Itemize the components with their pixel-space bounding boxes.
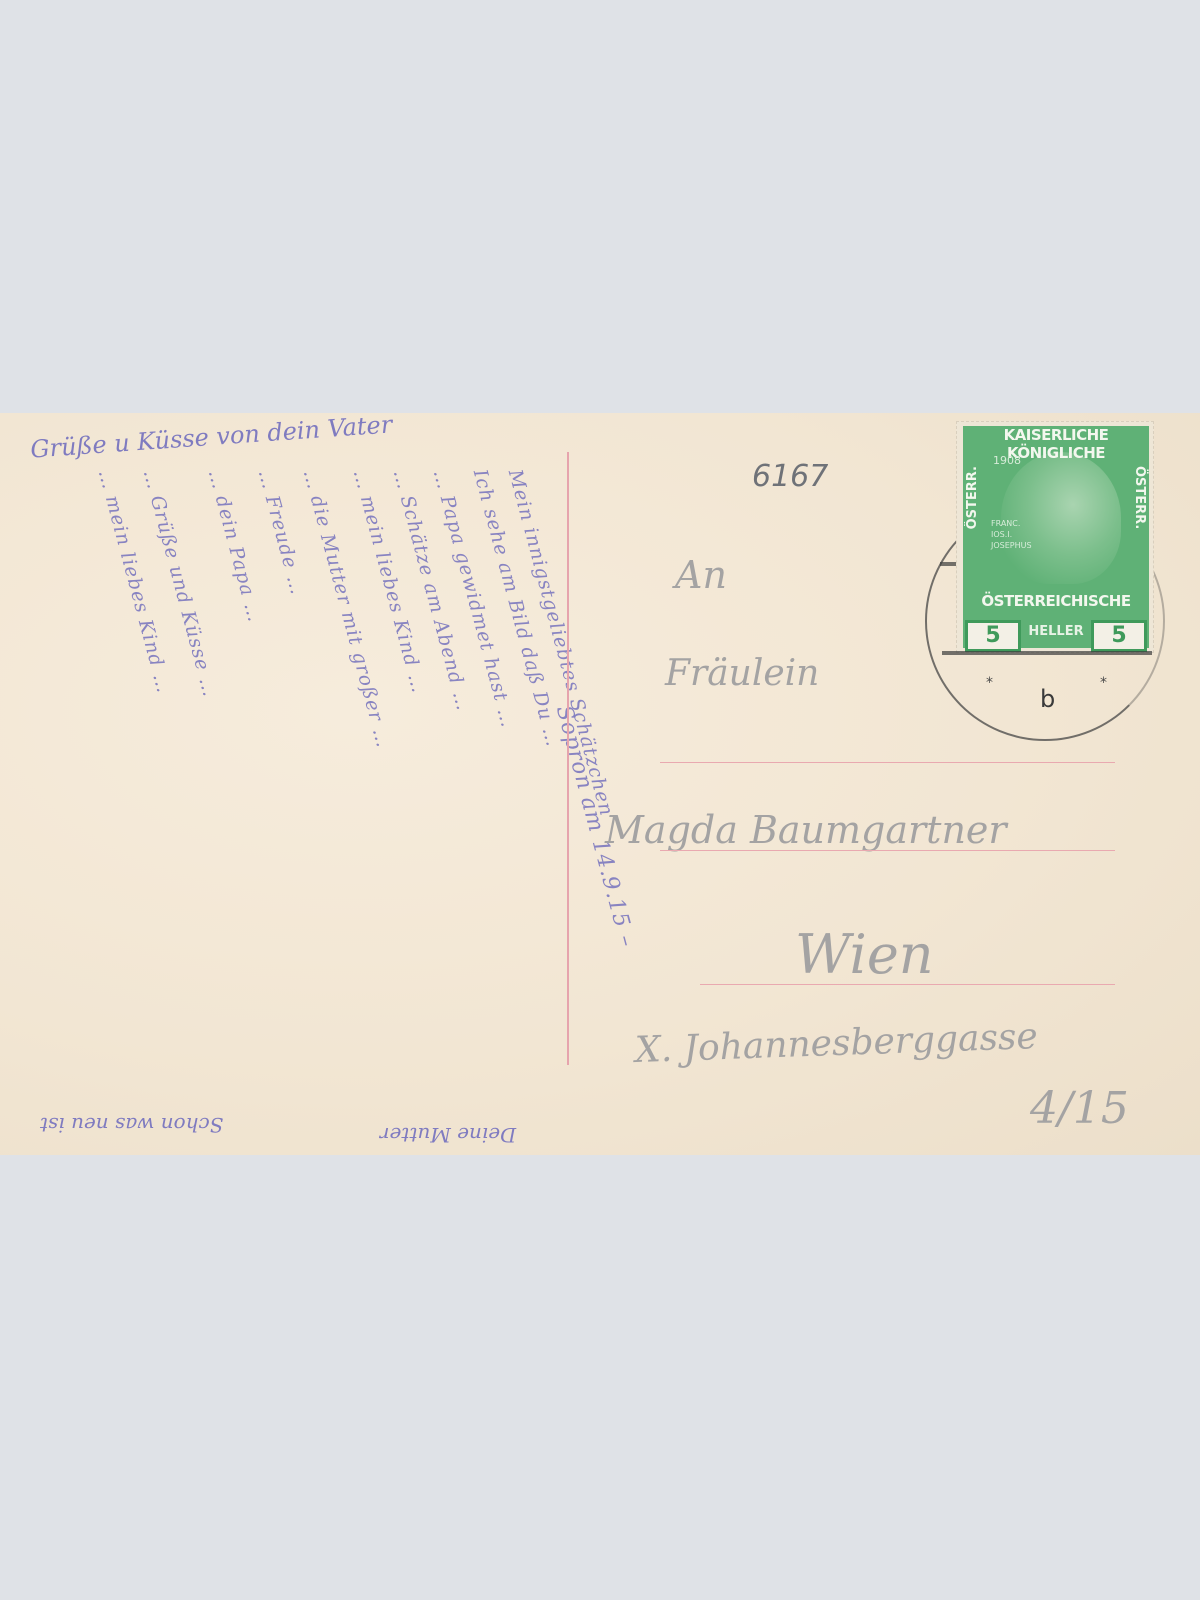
greeting-line: Grüße u Küsse von dein Vater <box>29 413 393 464</box>
address-salutation: An <box>675 553 727 597</box>
message-line: … Freude … <box>254 467 309 598</box>
catalog-number: 6167 <box>752 459 828 494</box>
stamp-caption-line: JOSEPHUS <box>991 540 1032 551</box>
stamp-caption-line: IOS.I. <box>991 529 1032 540</box>
message-line: … dein Papa … <box>204 467 266 625</box>
stamp-design: KAISERLICHE KÖNIGLICHE ÖSTERR. ÖSTERR. 1… <box>963 426 1149 648</box>
bottom-line: Schon was neu ist <box>40 1113 223 1137</box>
message-area: Grüße u Küsse von dein Vater Mein innigs… <box>20 453 560 1143</box>
stamp-value-right: 5 <box>1091 620 1147 652</box>
address-street: X. Johannesberggasse <box>634 1016 1038 1071</box>
postmark-bar <box>942 651 1152 655</box>
stamp-top-text: KAISERLICHE KÖNIGLICHE <box>963 426 1149 462</box>
postmark-letter: b <box>1040 685 1055 713</box>
stamp-right-text: ÖSTERR. <box>1132 466 1147 529</box>
address-city: Wien <box>795 923 934 986</box>
address-house-number: 4/15 <box>1030 1083 1129 1134</box>
postcard: Grüße u Küsse von dein Vater Mein innigs… <box>0 413 1200 1155</box>
postage-stamp: KAISERLICHE KÖNIGLICHE ÖSTERR. ÖSTERR. 1… <box>956 421 1154 653</box>
stamp-left-text: ÖSTERR. <box>965 466 980 529</box>
address-rule <box>700 984 1115 985</box>
stamp-year: 1908 <box>993 454 1021 467</box>
postmark-star-icon: * <box>1100 675 1107 691</box>
stamp-denomination: HELLER <box>1025 624 1087 639</box>
stamp-value-left: 5 <box>965 620 1021 652</box>
closing-line: Deine Mutter <box>380 1123 516 1147</box>
address-name: Magda Baumgartner <box>605 808 1007 852</box>
address-rule <box>660 762 1115 763</box>
stamp-bottom-text: ÖSTERREICHISCHE <box>963 592 1149 610</box>
stamp-caption-line: FRANC. <box>991 518 1032 529</box>
divider-line <box>567 452 569 1065</box>
address-title: Fräulein <box>665 653 819 694</box>
stamp-caption: FRANC. IOS.I. JOSEPHUS <box>991 518 1032 551</box>
address-rule <box>660 850 1115 851</box>
postmark-star-icon: * <box>986 675 993 691</box>
